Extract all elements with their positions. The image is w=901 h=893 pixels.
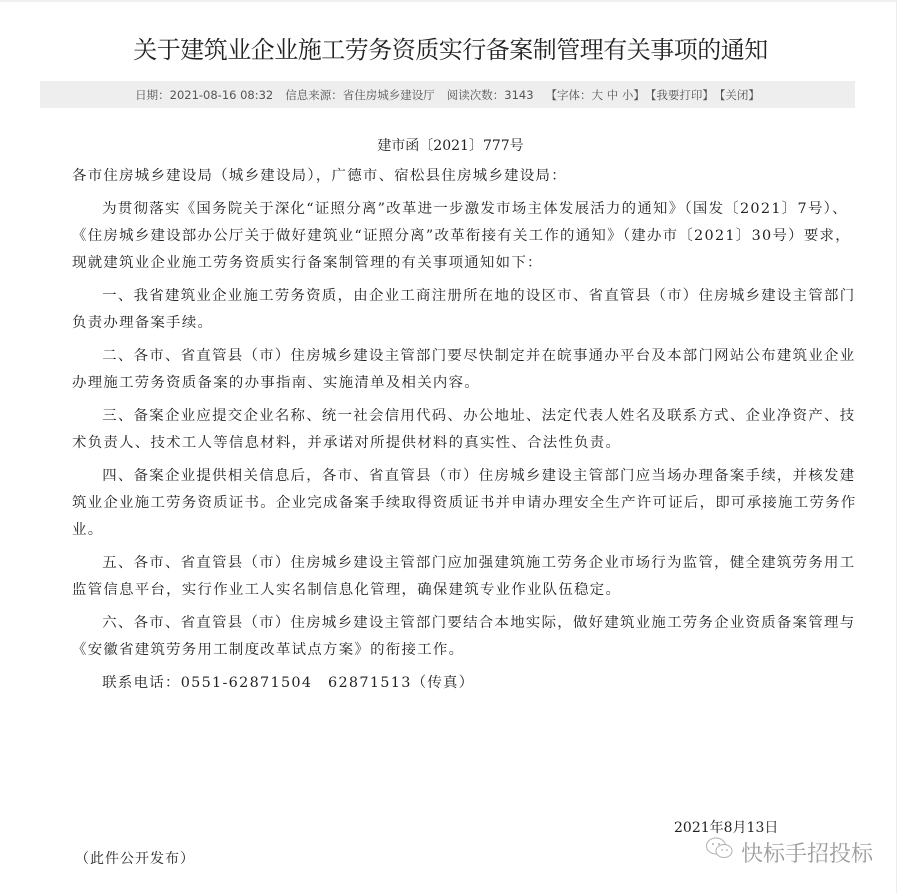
signature-date: 2021年8月13日 — [674, 817, 778, 837]
info-source: 信息来源：省住房城乡建设厅 — [285, 87, 435, 103]
item-paragraph: 一、我省建筑业企业施工劳务资质，由企业工商注册所在地的设区市、省直管县（市）住房… — [72, 283, 858, 337]
font-large-button[interactable]: 大 — [592, 88, 604, 102]
watermark: 快标手招投标 — [705, 836, 873, 868]
publish-date: 日期：2021-08-16 08:32 — [135, 87, 273, 103]
document-number: 建市函〔2021〕777号 — [0, 135, 901, 155]
page-title: 关于建筑业企业施工劳务资质实行备案制管理有关事项的通知 — [0, 30, 901, 65]
item-paragraph: 三、备案企业应提交企业名称、统一社会信用代码、办公地址、法定代表人姓名及联系方式… — [72, 403, 858, 457]
contact-info: 联系电话：0551-62871504 62871513（传真） — [72, 670, 858, 697]
item-paragraph: 六、各市、省直管县（市）住房城乡建设主管部门要结合本地实际，做好建筑业施工劳务企… — [72, 610, 858, 664]
top-divider — [0, 0, 897, 2]
font-medium-button[interactable]: 中 — [607, 88, 619, 102]
meta-info-bar: 日期：2021-08-16 08:32 信息来源：省住房城乡建设厅 阅读次数： … — [40, 81, 855, 108]
wechat-icon — [705, 836, 741, 868]
views-label: 阅读次数： — [447, 87, 505, 103]
public-note: （此件公开发布） — [75, 848, 195, 868]
item-paragraph: 二、各市、省直管县（市）住房城乡建设主管部门要尽快制定并在皖事通办平台及本部门网… — [72, 343, 858, 397]
item-paragraph: 四、备案企业提供相关信息后，各市、省直管县（市）住房城乡建设主管部门应当场办理备… — [72, 463, 858, 544]
item-paragraph: 五、各市、省直管县（市）住房城乡建设主管部门应加强建筑施工劳务企业市场行为监管，… — [72, 550, 858, 604]
watermark-text: 快标手招投标 — [741, 837, 873, 868]
close-button[interactable]: 【关闭】 — [714, 87, 760, 103]
right-border — [896, 0, 897, 893]
document-body: 各市住房城乡建设局（城乡建设局），广德市、宿松县住房城乡建设局： 为贯彻落实《国… — [72, 163, 858, 703]
intro-paragraph: 为贯彻落实《国务院关于深化“证照分离”改革进一步激发市场主体发展活力的通知》（国… — [72, 196, 858, 277]
views-count: 3143 — [504, 88, 533, 102]
font-size-control: 【字体：大 中 小】 — [546, 87, 645, 103]
print-button[interactable]: 【我要打印】 — [645, 87, 714, 103]
font-small-button[interactable]: 小 — [622, 88, 634, 102]
salutation: 各市住房城乡建设局（城乡建设局），广德市、宿松县住房城乡建设局： — [72, 163, 858, 190]
